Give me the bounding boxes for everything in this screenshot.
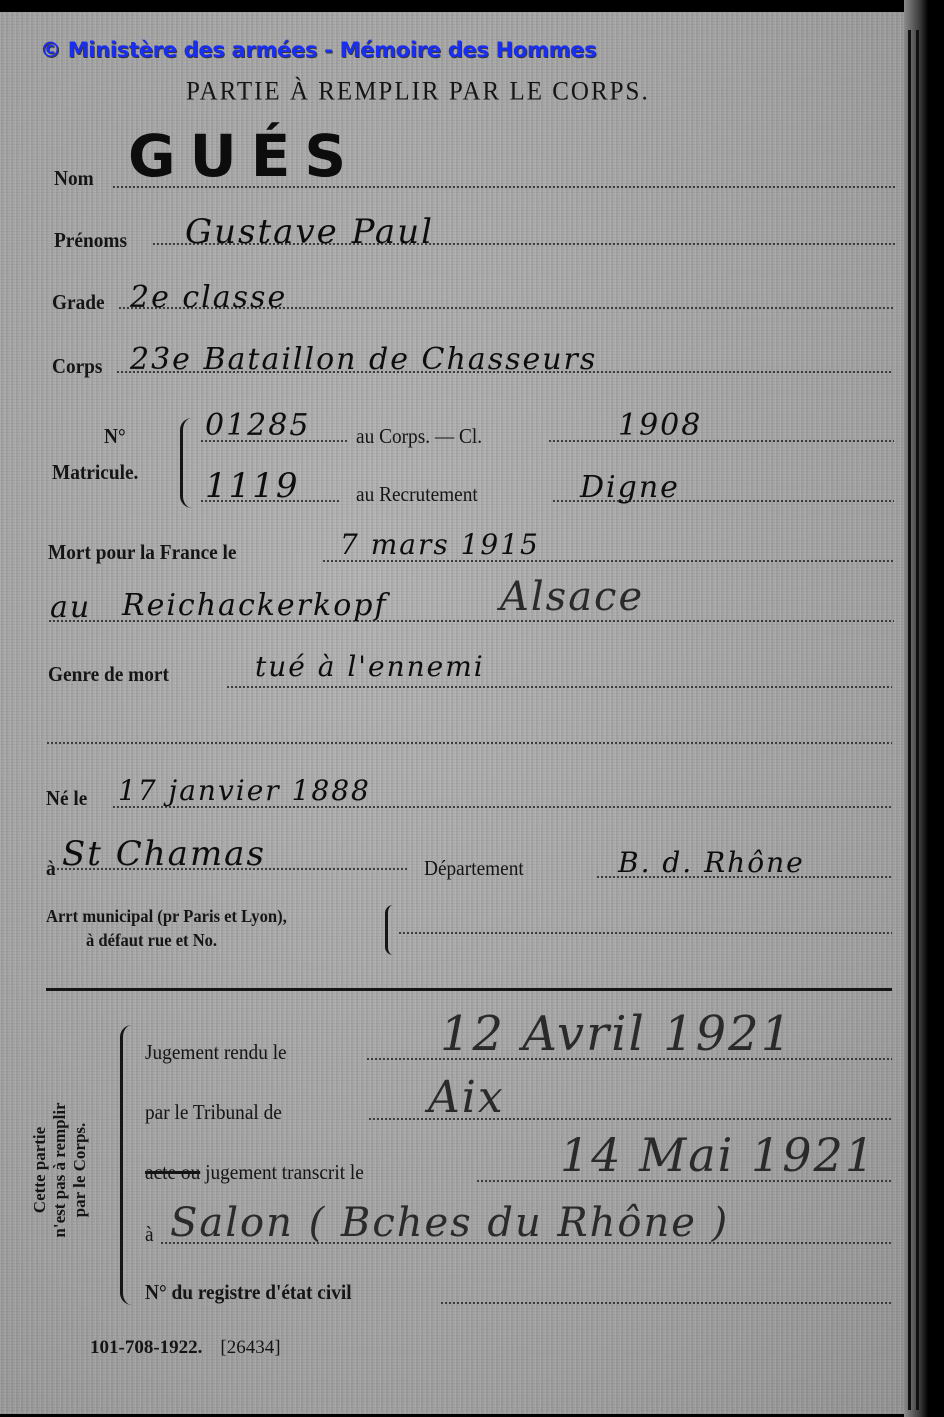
matricule-brace (180, 418, 192, 508)
extra-dotted-line (46, 742, 892, 744)
classe-value: 1908 (618, 408, 702, 443)
jugement-brace (120, 1025, 134, 1305)
au-corps-label: au Corps. — Cl. (356, 424, 482, 449)
grade-dotted-line (118, 307, 894, 309)
grade-label: Grade (52, 290, 105, 315)
registre-label: N° du registre d'état civil (145, 1280, 352, 1305)
a-label: à (145, 1222, 154, 1247)
arrondissement-label-line1: Arrt municipal (pr Paris et Lyon), (46, 906, 287, 927)
tribunal-dotted-line (368, 1118, 892, 1120)
section-divider (46, 988, 892, 991)
genre-de-mort-value: tué à l'ennemi (255, 650, 485, 683)
transcrit-date-value: 14 Mai 1921 (560, 1128, 876, 1182)
arrondissement-dotted-line (398, 932, 892, 934)
departement-dotted-line (596, 876, 892, 878)
transcrit-dotted-line (476, 1180, 892, 1182)
mort-place-value: Reichackerkopf (122, 588, 388, 623)
not-filled-by-corps-note: Cette partie n'est pas à remplir par le … (30, 1040, 90, 1300)
form-print-code: 101-708-1922.[26434] (90, 1337, 281, 1359)
mort-date-dotted-line (322, 560, 894, 562)
prenoms-label: Prénoms (54, 228, 127, 253)
departement-value: B. d. Rhône (618, 846, 805, 879)
transcription-place-value: Salon ( Bches du Rhône ) (170, 1200, 729, 1246)
prenoms-value: Gustave Paul (185, 212, 434, 252)
genre-de-mort-dotted-line (226, 686, 892, 688)
copyright-watermark: © Ministère des armées - Mémoire des Hom… (40, 38, 596, 62)
genre-de-mort-label: Genre de mort (48, 662, 169, 687)
margin-rule-right (916, 30, 919, 1410)
transcrit-label-wrapper: acte ou jugement transcrit le (145, 1160, 364, 1185)
nom-dotted-line (112, 186, 896, 188)
struck-acte-ou: acte ou (145, 1160, 200, 1184)
au-recrutement-label: au Recrutement (356, 482, 478, 507)
naissance-place-dotted-line (52, 868, 408, 870)
mort-place-dotted-line (48, 620, 894, 622)
registre-dotted-line (440, 1302, 892, 1304)
matricule-recrutement-dotted-line (200, 500, 340, 502)
recrutement-dotted-line (552, 500, 894, 502)
jugement-rendu-date-value: 12 Avril 1921 (440, 1006, 793, 1062)
ne-le-label: Né le (46, 786, 87, 811)
classe-dotted-line (548, 440, 894, 442)
corps-dotted-line (116, 371, 892, 373)
transcription-place-dotted-line (160, 1242, 892, 1244)
tribunal-value: Aix (428, 1072, 505, 1123)
naissance-date-dotted-line (112, 806, 892, 808)
jugement-rendu-label: Jugement rendu le (145, 1040, 287, 1065)
matricule-label-no: N° (104, 424, 126, 449)
mort-region-value: Alsace (500, 574, 644, 620)
nom-value: GUÉS (128, 122, 360, 190)
arrondissement-label-line2: à défaut rue et No. (86, 930, 217, 951)
jugement-rendu-dotted-line (366, 1058, 892, 1060)
grade-value: 2e classe (130, 280, 287, 315)
tribunal-label: par le Tribunal de (145, 1100, 282, 1125)
matricule-label: Matricule. (52, 460, 138, 485)
mort-label: Mort pour la France le (48, 540, 237, 565)
naissance-date-value: 17 janvier 1888 (118, 774, 371, 807)
matricule-corps-value: 01285 (205, 408, 310, 443)
arrondissement-brace (385, 905, 393, 955)
mort-date-value: 7 mars 1915 (340, 528, 540, 561)
form-heading: PARTIE À REMPLIR PAR LE CORPS. (186, 77, 650, 106)
corps-label: Corps (52, 354, 102, 379)
prenoms-dotted-line (152, 243, 896, 245)
departement-label: Département (424, 856, 524, 881)
nom-label: Nom (54, 166, 94, 191)
margin-rule-left (908, 30, 911, 1410)
matricule-corps-dotted-line (200, 440, 348, 442)
transcrit-label: jugement transcrit le (205, 1160, 364, 1184)
